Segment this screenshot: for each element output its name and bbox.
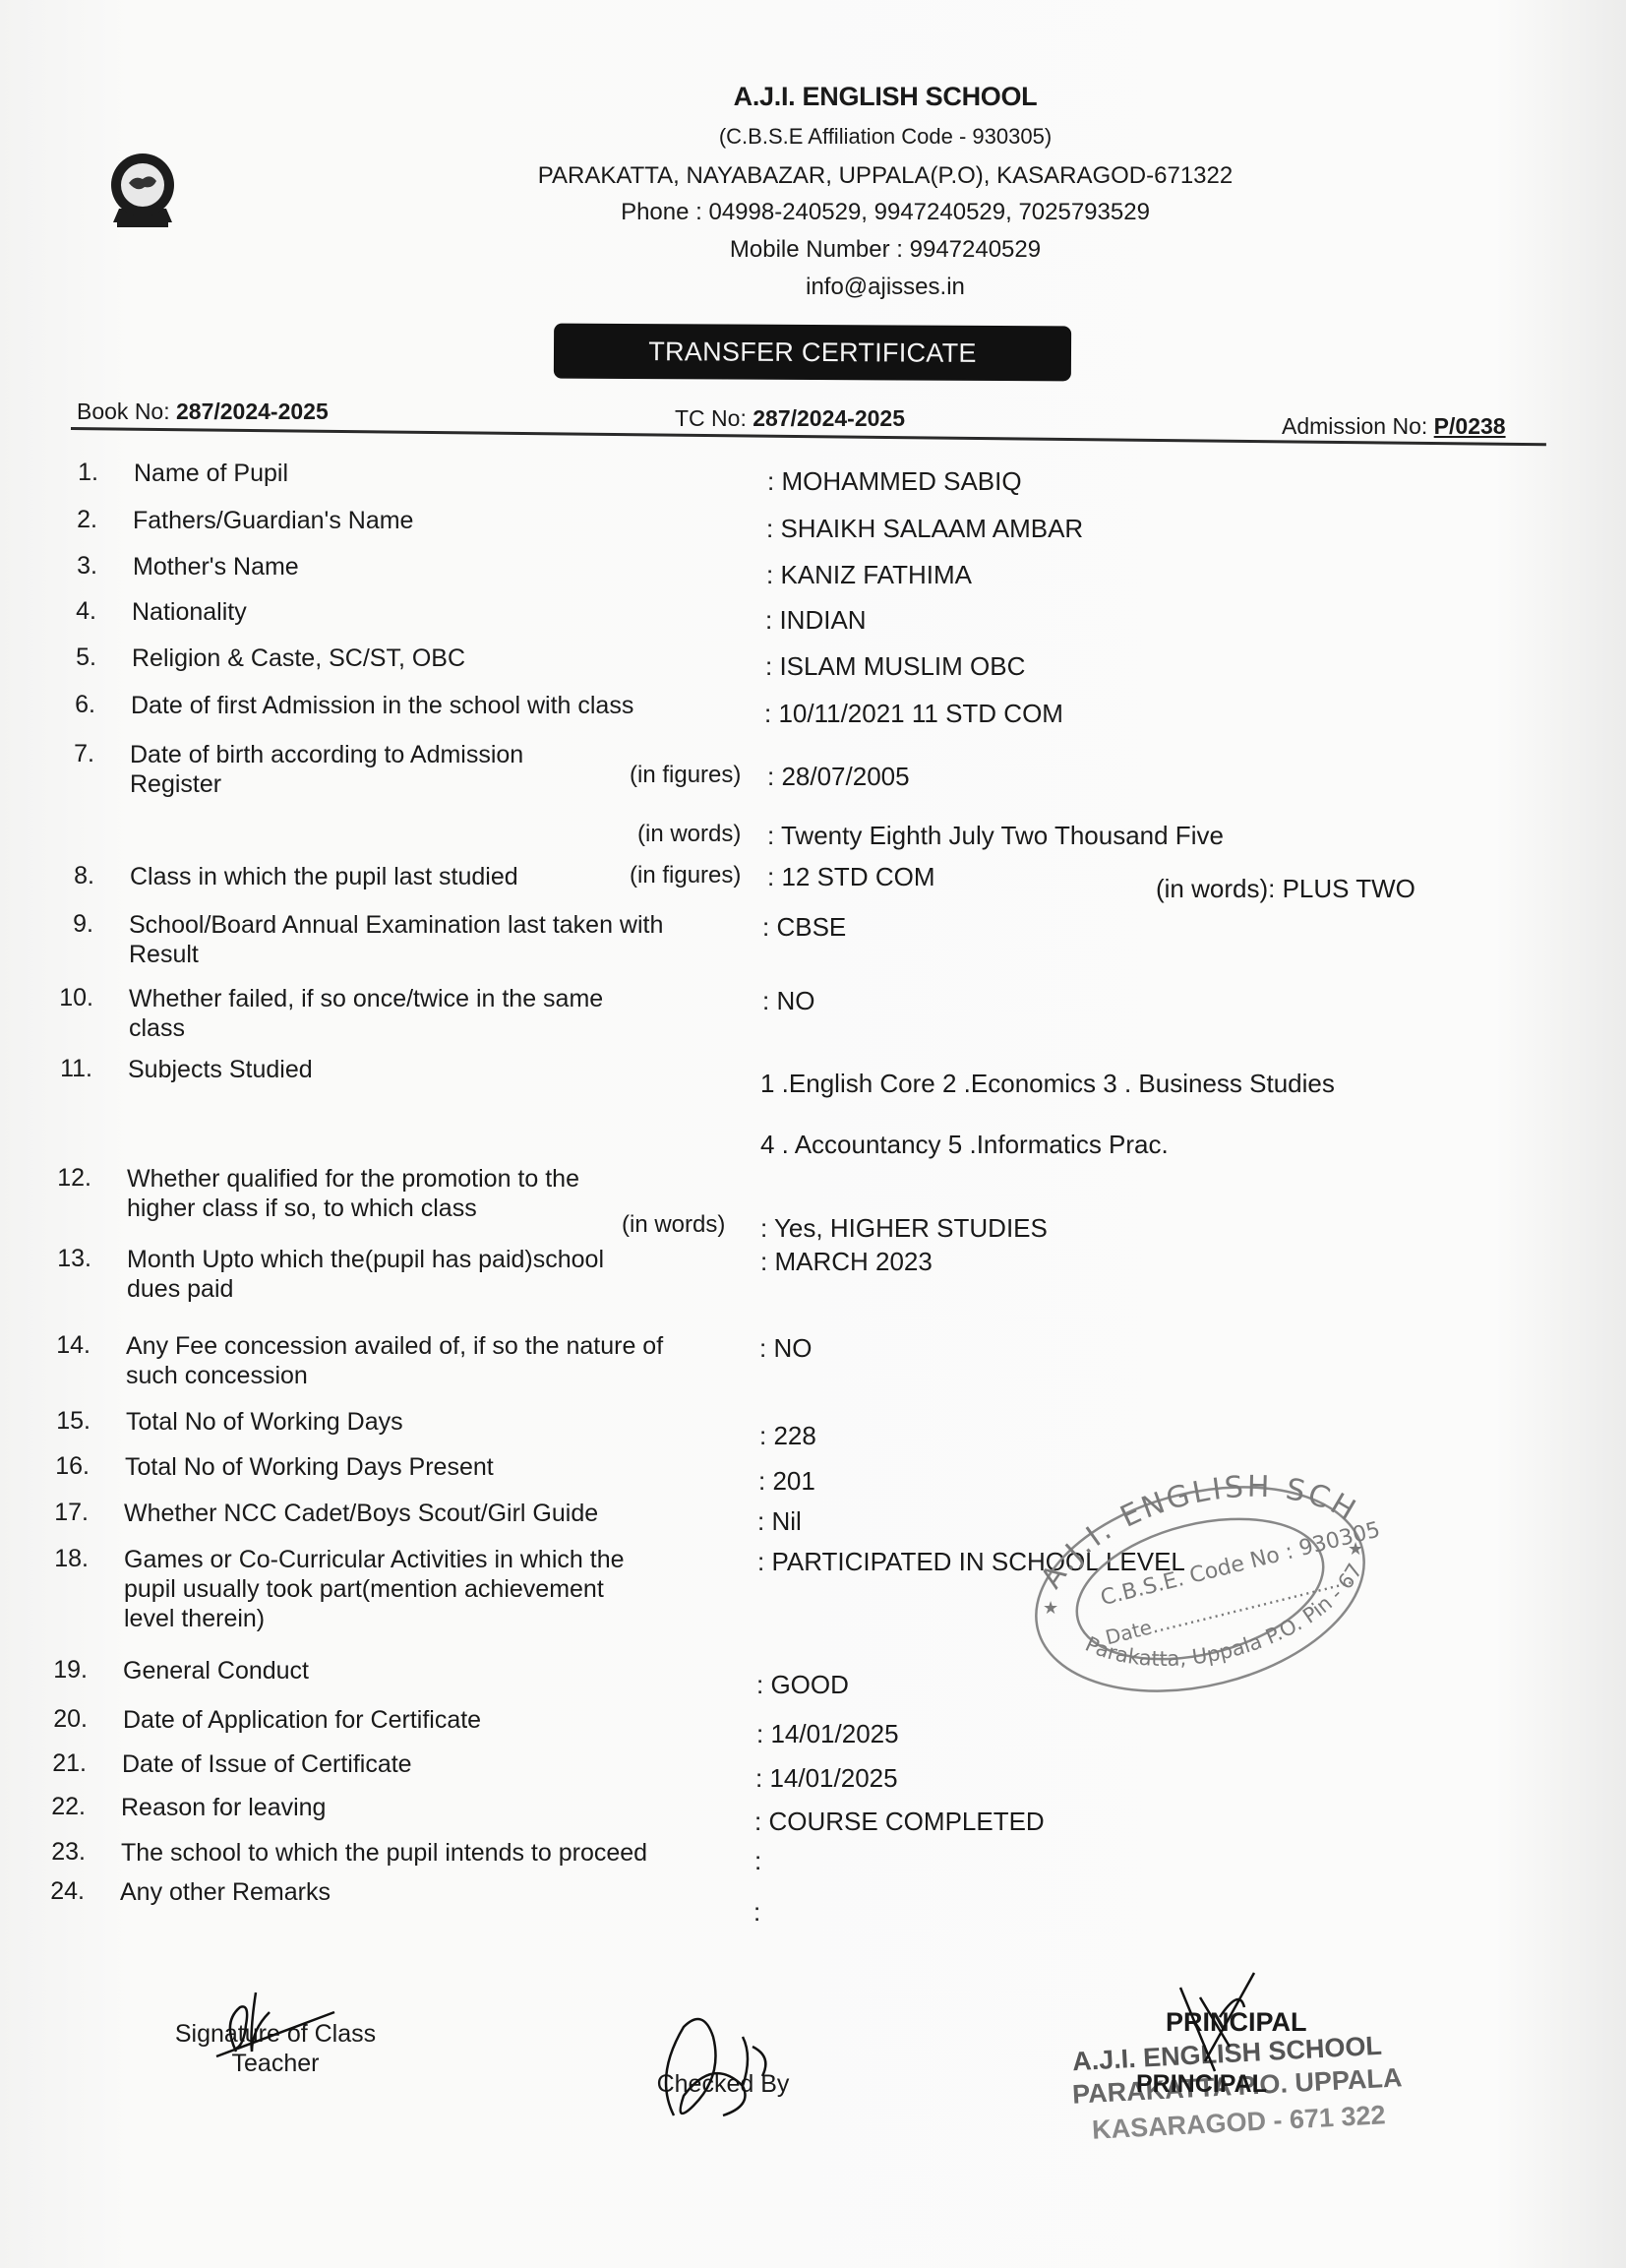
subjects-line-2: 4 . Accountancy 5 .Informatics Prac. xyxy=(760,1130,1169,1160)
field-value: : NO xyxy=(762,986,814,1016)
field-number: 8. xyxy=(43,862,94,890)
field-value-in-words: (in words): PLUS TWO xyxy=(1156,874,1415,904)
field-label: Nationality xyxy=(132,597,247,627)
field-label: Whether qualified for the promotion to t… xyxy=(127,1164,579,1194)
field-value: : Nil xyxy=(757,1506,802,1537)
field-label-line-2: pupil usually took part(mention achievem… xyxy=(124,1574,604,1604)
field-label: Total No of Working Days Present xyxy=(125,1452,494,1482)
field-value: : CBSE xyxy=(762,912,846,943)
field-value: : 14/01/2025 xyxy=(756,1719,899,1749)
field-number: 5. xyxy=(45,644,96,672)
field-label: Date of birth according to Admission xyxy=(130,740,523,769)
field-label: School/Board Annual Examination last tak… xyxy=(129,910,663,940)
field-number: 18. xyxy=(37,1545,89,1573)
field-number: 3. xyxy=(46,552,97,581)
field-number: 6. xyxy=(44,691,95,719)
school-seal-icon: A.J.I. ENGLISH SCHOOL Parakatta, Uppala … xyxy=(1008,1471,1392,1707)
field-label-line-3: level therein) xyxy=(124,1604,265,1633)
book-number: Book No: 287/2024-2025 xyxy=(77,398,329,425)
field-label: Religion & Caste, SC/ST, OBC xyxy=(132,644,465,673)
field-label: Reason for leaving xyxy=(121,1793,326,1822)
field-value: : 228 xyxy=(759,1421,816,1451)
field-number: 10. xyxy=(42,984,93,1012)
field-label: Name of Pupil xyxy=(134,459,288,488)
field-number: 1. xyxy=(47,459,98,487)
field-label: Any other Remarks xyxy=(120,1877,331,1907)
field-label-line-2: dues paid xyxy=(127,1274,233,1304)
field-label-line-2: Result xyxy=(129,940,199,969)
field-label: Date of first Admission in the school wi… xyxy=(131,691,633,720)
field-number: 13. xyxy=(40,1245,91,1273)
field-label: Date of Application for Certificate xyxy=(123,1705,481,1735)
field-label-line-2: Register xyxy=(130,769,221,799)
field-value: : ISLAM MUSLIM OBC xyxy=(765,651,1025,682)
tc-number-label: TC No: xyxy=(675,405,753,431)
field-value: : xyxy=(754,1846,761,1876)
field-value: : SHAIKH SALAAM AMBAR xyxy=(766,514,1083,544)
in-figures-label: (in figures) xyxy=(630,862,741,889)
in-figures-label: (in figures) xyxy=(630,762,741,789)
affiliation-code: (C.B.S.E Affiliation Code - 930305) xyxy=(462,124,1308,150)
field-number: 7. xyxy=(43,740,94,768)
field-number: 19. xyxy=(36,1656,88,1685)
field-value: : INDIAN xyxy=(765,605,867,636)
field-number: 4. xyxy=(45,597,96,626)
field-number: 14. xyxy=(39,1331,90,1360)
svg-text:★: ★ xyxy=(1043,1598,1058,1618)
document-title: TRANSFER CERTIFICATE xyxy=(554,324,1071,382)
admission-number: Admission No: P/0238 xyxy=(1282,413,1506,440)
field-value: : COURSE COMPLETED xyxy=(754,1807,1045,1837)
field-number: 17. xyxy=(37,1499,89,1527)
checked-by-signature-mark-icon xyxy=(644,2007,792,2125)
field-label: Month Upto which the(pupil has paid)scho… xyxy=(127,1245,604,1274)
admission-number-value: P/0238 xyxy=(1434,413,1506,439)
admission-number-label: Admission No: xyxy=(1282,413,1434,439)
field-label: Any Fee concession availed of, if so the… xyxy=(126,1331,663,1361)
field-value: : 12 STD COM xyxy=(767,862,934,892)
field-value: : 14/01/2025 xyxy=(755,1763,898,1794)
tc-number: TC No: 287/2024-2025 xyxy=(675,405,905,432)
tc-number-value: 287/2024-2025 xyxy=(753,405,905,431)
field-number: 9. xyxy=(42,910,93,939)
field-label: Subjects Studied xyxy=(128,1055,313,1084)
principal-signature-mark-icon xyxy=(1161,1968,1269,2076)
subjects-line-1: 1 .English Core 2 .Economics 3 . Busines… xyxy=(760,1069,1335,1099)
field-number: 21. xyxy=(35,1749,87,1778)
field-label: Class in which the pupil last studied xyxy=(130,862,518,891)
field-value: : Yes, HIGHER STUDIES xyxy=(760,1213,1048,1244)
teacher-signature-mark-icon xyxy=(197,1983,344,2066)
field-value: : NO xyxy=(759,1333,812,1364)
school-address: PARAKATTA, NAYABAZAR, UPPALA(P.O), KASAR… xyxy=(462,162,1308,190)
field-label: Whether NCC Cadet/Boys Scout/Girl Guide xyxy=(124,1499,598,1528)
school-email: info@ajisses.in xyxy=(462,274,1308,301)
field-number: 11. xyxy=(41,1055,92,1083)
field-value: : 201 xyxy=(758,1466,815,1497)
school-phone: Phone : 04998-240529, 9947240529, 702579… xyxy=(462,199,1308,226)
field-label: The school to which the pupil intends to… xyxy=(121,1838,647,1868)
svg-text:★: ★ xyxy=(1348,1539,1363,1559)
school-name: A.J.I. ENGLISH SCHOOL xyxy=(462,82,1308,112)
field-number: 16. xyxy=(38,1452,90,1481)
field-number: 24. xyxy=(33,1877,85,1906)
field-label-line-2: such concession xyxy=(126,1361,308,1390)
field-value: : MOHAMMED SABIQ xyxy=(767,466,1022,497)
field-number: 2. xyxy=(46,506,97,534)
field-number: 20. xyxy=(36,1705,88,1734)
field-number: 23. xyxy=(34,1838,86,1867)
field-label: Date of Issue of Certificate xyxy=(122,1749,412,1779)
school-crest-icon xyxy=(103,148,182,230)
field-label: Whether failed, if so once/twice in the … xyxy=(129,984,603,1013)
field-value: : xyxy=(753,1897,760,1928)
field-label-line-2: higher class if so, to which class xyxy=(127,1194,477,1223)
field-value-in-words: : Twenty Eighth July Two Thousand Five xyxy=(767,821,1224,851)
school-mobile: Mobile Number : 9947240529 xyxy=(462,236,1308,264)
field-value: : 10/11/2021 11 STD COM xyxy=(764,699,1063,729)
book-number-value: 287/2024-2025 xyxy=(176,398,329,424)
in-words-label: (in words) xyxy=(637,821,741,848)
field-label: Fathers/Guardian's Name xyxy=(133,506,413,535)
field-label: Games or Co-Curricular Activities in whi… xyxy=(124,1545,625,1574)
in-words-label: (in words) xyxy=(622,1211,725,1239)
field-number: 12. xyxy=(40,1164,91,1193)
book-number-label: Book No: xyxy=(77,398,176,424)
field-value: : MARCH 2023 xyxy=(760,1247,933,1277)
field-number: 22. xyxy=(34,1793,86,1821)
field-label-line-2: class xyxy=(129,1013,185,1043)
field-label: Total No of Working Days xyxy=(126,1407,403,1437)
field-value: : GOOD xyxy=(756,1670,849,1700)
field-number: 15. xyxy=(39,1407,90,1436)
field-value: : 28/07/2005 xyxy=(767,762,910,792)
field-label: General Conduct xyxy=(123,1656,309,1686)
field-label: Mother's Name xyxy=(133,552,299,582)
field-value: : KANIZ FATHIMA xyxy=(766,560,972,590)
